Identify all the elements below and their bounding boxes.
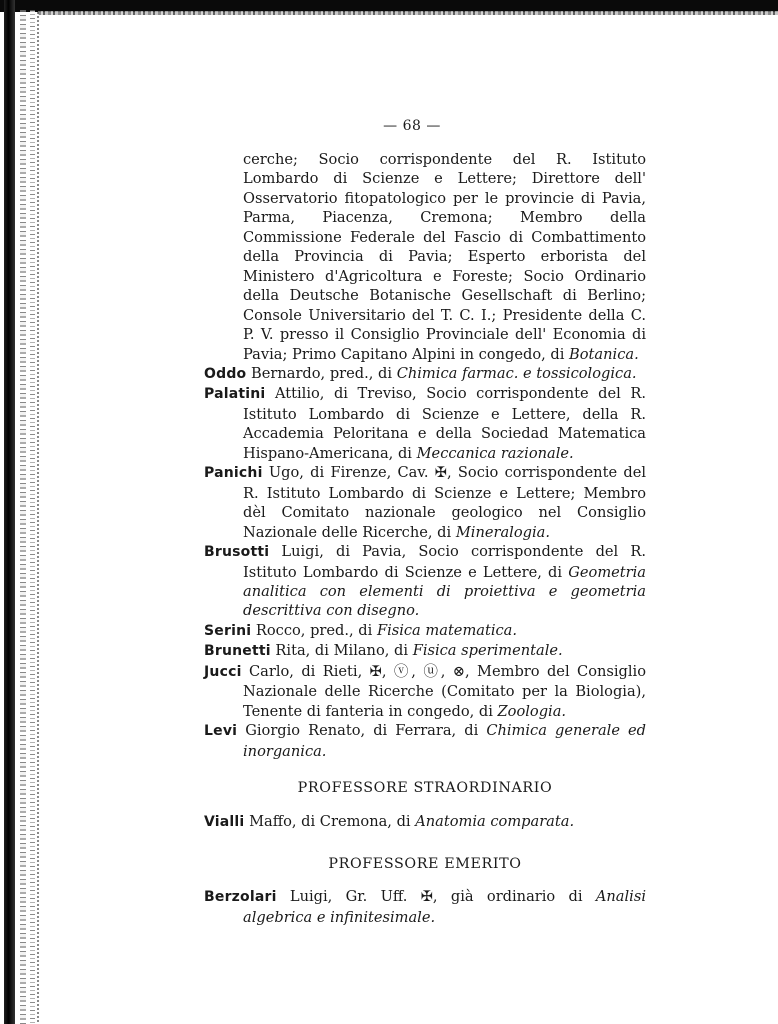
faculty-entry-brusotti: Brusotti Luigi, di Pavia, Socio corrispo… — [204, 542, 646, 621]
entry-text: Giorgio Renato, di Ferrara, di — [237, 722, 486, 739]
entry-name: Oddo — [204, 366, 246, 382]
entry-text: Ugo, di Firenze, Cav. ✠, Socio corrispon… — [243, 464, 646, 540]
page-number-text: — 68 — — [383, 118, 441, 134]
entry-subject: Fisica sperimentale. — [413, 642, 563, 659]
faculty-entry-oddo: Oddo Bernardo, pred., di Chimica farmac.… — [204, 364, 646, 384]
entry-subject: Anatomia comparata. — [415, 813, 574, 830]
continuation-entry: cerche; Socio corrispondente del R. Isti… — [204, 150, 646, 364]
entry-name: Levi — [204, 723, 237, 739]
faculty-entry-berzolari: Berzolari Luigi, Gr. Uff. ✠, già ordinar… — [204, 887, 646, 927]
faculty-entry-palatini: Palatini Attilio, di Treviso, Socio corr… — [204, 384, 646, 463]
entry-name: Vialli — [204, 814, 244, 830]
entry-text: Maffo, di Cremona, di — [244, 813, 415, 830]
entry-subject: Chimica farmac. e tossicologica. — [397, 365, 637, 382]
entry-name: Jucci — [204, 664, 242, 680]
entry-subject: Meccanica razionale. — [417, 445, 574, 462]
entry-text: Luigi, Gr. Uff. ✠, già ordinario di — [277, 888, 596, 905]
entry-name: Panichi — [204, 465, 263, 481]
document-page: — 68 — cerche; Socio corrispondente del … — [0, 0, 778, 1024]
entry-text: Bernardo, pred., di — [246, 365, 396, 382]
entry-subject: Zoologia. — [498, 703, 567, 720]
entry-name: Brusotti — [204, 544, 269, 560]
entry-name: Brunetti — [204, 643, 271, 659]
faculty-entry-brunetti: Brunetti Rita, di Milano, di Fisica sper… — [204, 641, 646, 661]
section-heading-straordinario: PROFESSORE STRAORDINARIO — [204, 779, 646, 798]
entry-text: cerche; Socio corrispondente del R. Isti… — [243, 151, 646, 363]
faculty-entry-panichi: Panichi Ugo, di Firenze, Cav. ✠, Socio c… — [204, 463, 646, 542]
entry-text: Rocco, pred., di — [251, 622, 377, 639]
faculty-list: cerche; Socio corrispondente del R. Isti… — [204, 150, 646, 927]
faculty-entry-serini: Serini Rocco, pred., di Fisica matematic… — [204, 621, 646, 641]
faculty-entry-jucci: Jucci Carlo, di Rieti, ✠, ⓥ, ⓤ, ⊗, Membr… — [204, 662, 646, 721]
entry-subject: Botanica. — [569, 346, 639, 363]
entry-name: Berzolari — [204, 889, 277, 905]
entry-text: Carlo, di Rieti, ✠, ⓥ, ⓤ, ⊗, Membro del … — [242, 663, 646, 720]
page-number: — 68 — — [0, 118, 778, 134]
entry-subject: Mineralogia. — [456, 524, 550, 541]
entry-subject: Fisica matematica. — [377, 622, 517, 639]
section-heading-emerito: PROFESSORE EMERITO — [204, 855, 646, 874]
faculty-entry-levi: Levi Giorgio Renato, di Ferrara, di Chim… — [204, 721, 646, 761]
entry-text: Rita, di Milano, di — [271, 642, 413, 659]
entry-name: Palatini — [204, 386, 265, 402]
entry-name: Serini — [204, 623, 251, 639]
faculty-entry-vialli: Vialli Maffo, di Cremona, di Anatomia co… — [204, 812, 646, 832]
